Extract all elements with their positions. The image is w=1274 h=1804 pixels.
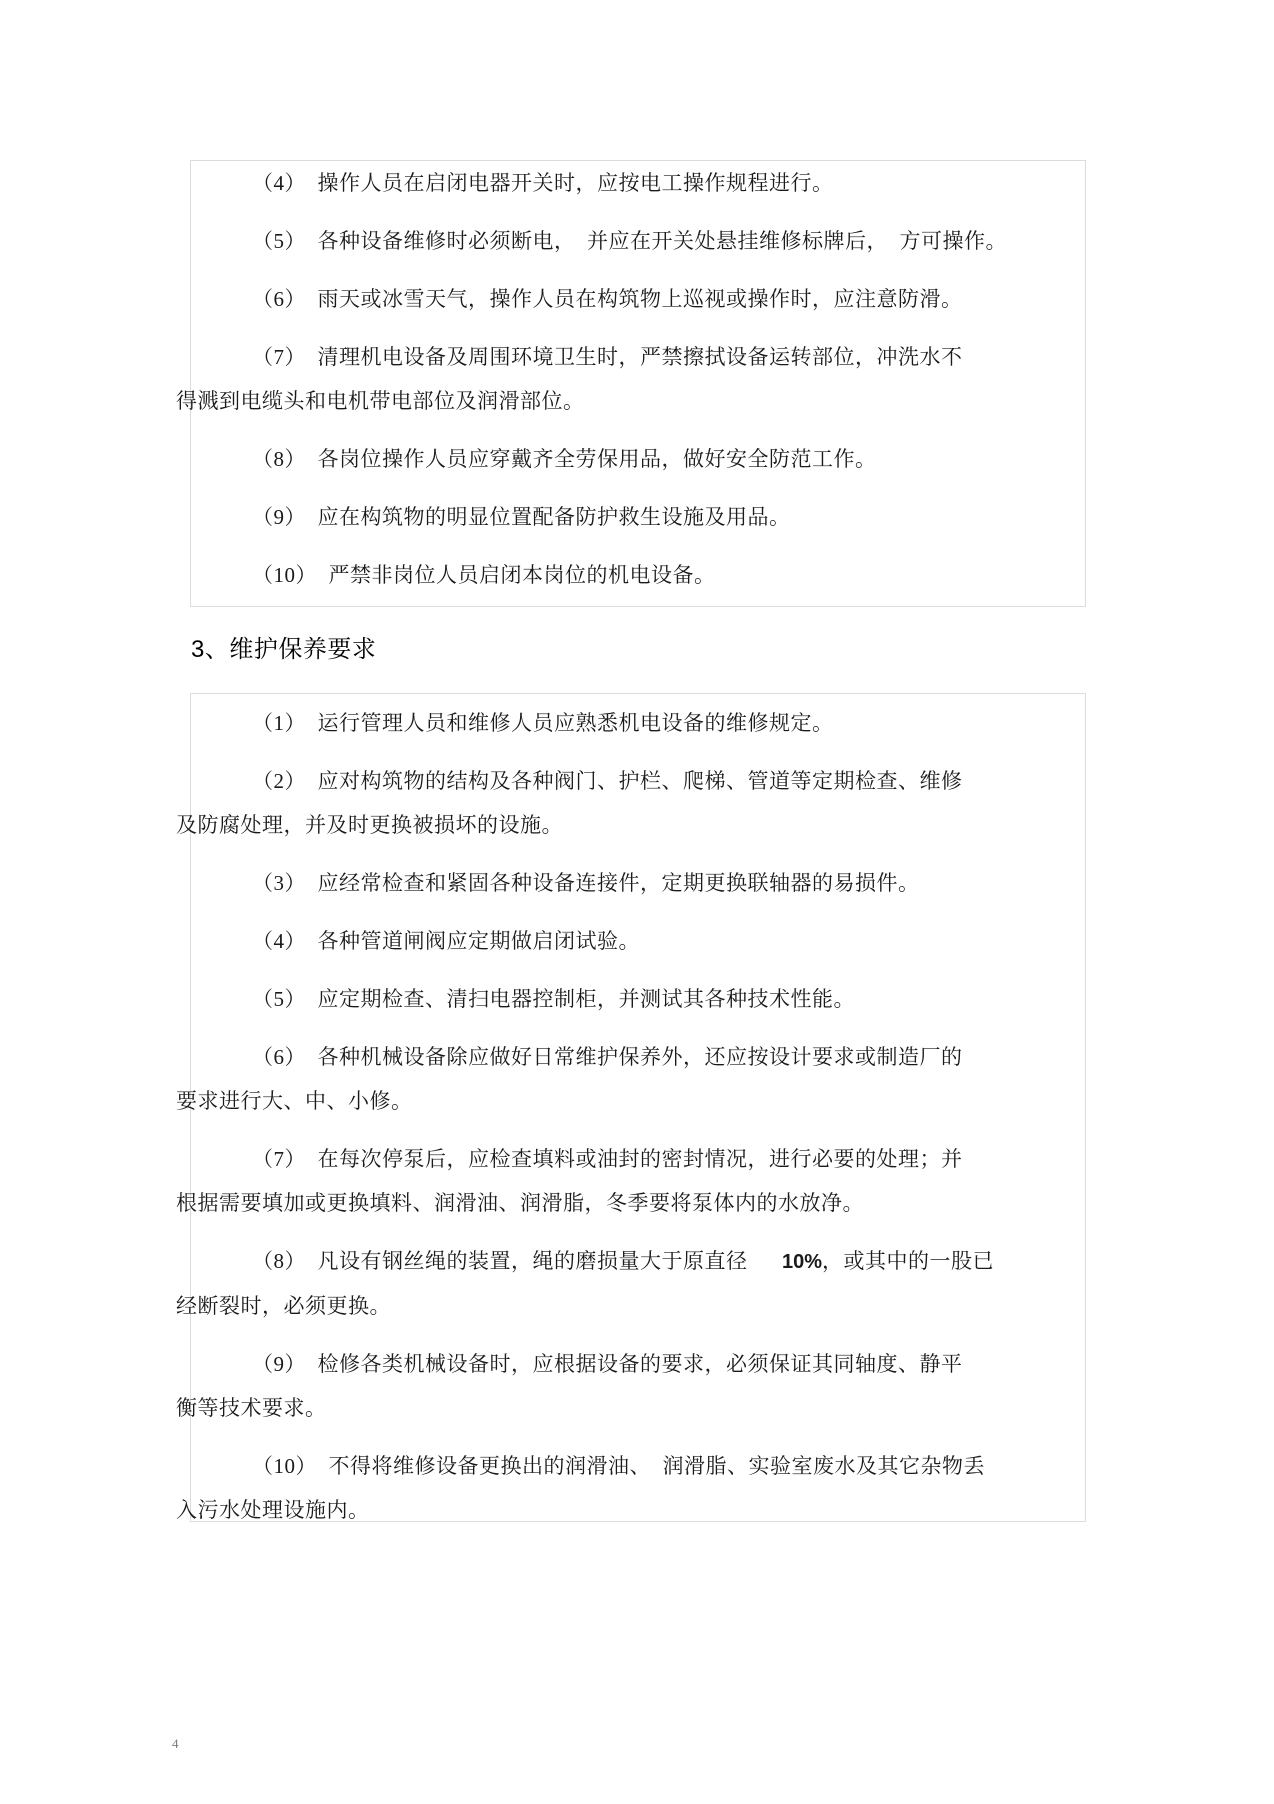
clause-item: （7） 在每次停泵后，应检查填料或油封的密封情况，进行必要的处理；并 根据需要填… bbox=[176, 1137, 1094, 1225]
clause-item: （9） 应在构筑物的明显位置配备防护救生设施及用品。 bbox=[176, 495, 1094, 539]
clause-item: （1） 运行管理人员和维修人员应熟悉机电设备的维修规定。 bbox=[176, 701, 1094, 745]
clause-item: （4） 各种管道闸阀应定期做启闭试验。 bbox=[176, 919, 1094, 963]
percentage-value: 10% bbox=[782, 1251, 822, 1273]
clause-item: （7） 清理机电设备及周围环境卫生时，严禁擦拭设备运转部位，冲洗水不 得溅到电缆… bbox=[176, 335, 1094, 423]
section-heading: 3、维护保养要求 bbox=[191, 628, 376, 672]
clause-item: （9） 检修各类机械设备时，应根据设备的要求，必须保证其同轴度、静平 衡等技术要… bbox=[176, 1342, 1094, 1430]
clause-item: （6） 雨天或冰雪天气，操作人员在构筑物上巡视或操作时，应注意防滑。 bbox=[176, 277, 1094, 321]
section3-clause-list: （1） 运行管理人员和维修人员应熟悉机电设备的维修规定。 （2） 应对构筑物的结… bbox=[176, 701, 1094, 1546]
section-heading-number: 3、 bbox=[191, 636, 229, 663]
clause-text-before-percentage: （8） 凡设有钢丝绳的装置，绳的磨损量大于原直径 bbox=[252, 1249, 782, 1273]
clause-item: （6） 各种机械设备除应做好日常维护保养外，还应按设计要求或制造厂的 要求进行大… bbox=[176, 1035, 1094, 1123]
clause-item: （3） 应经常检查和紧固各种设备连接件，定期更换联轴器的易损件。 bbox=[176, 861, 1094, 905]
clause-item: （10） 不得将维修设备更换出的润滑油、 润滑脂、实验室废水及其它杂物丢 入污水… bbox=[176, 1444, 1094, 1532]
document-page: （4） 操作人员在启闭电器开关时，应按电工操作规程进行。 （5） 各种设备维修时… bbox=[0, 0, 1274, 1804]
clause-item: （8） 凡设有钢丝绳的装置，绳的磨损量大于原直径 10%，或其中的一股已 经断裂… bbox=[176, 1239, 1094, 1328]
section2-clause-list: （4） 操作人员在启闭电器开关时，应按电工操作规程进行。 （5） 各种设备维修时… bbox=[176, 161, 1094, 611]
clause-item: （8） 各岗位操作人员应穿戴齐全劳保用品，做好安全防范工作。 bbox=[176, 437, 1094, 481]
clause-item: （2） 应对构筑物的结构及各种阀门、护栏、爬梯、管道等定期检查、维修 及防腐处理… bbox=[176, 759, 1094, 847]
page-number: 4 bbox=[172, 1736, 179, 1752]
clause-item: （10） 严禁非岗位人员启闭本岗位的机电设备。 bbox=[176, 553, 1094, 597]
clause-item: （5） 各种设备维修时必须断电， 并应在开关处悬挂维修标牌后， 方可操作。 bbox=[176, 219, 1094, 263]
clause-item: （4） 操作人员在启闭电器开关时，应按电工操作规程进行。 bbox=[176, 161, 1094, 205]
section-heading-title: 维护保养要求 bbox=[229, 637, 376, 663]
clause-item: （5） 应定期检查、清扫电器控制柜，并测试其各种技术性能。 bbox=[176, 977, 1094, 1021]
